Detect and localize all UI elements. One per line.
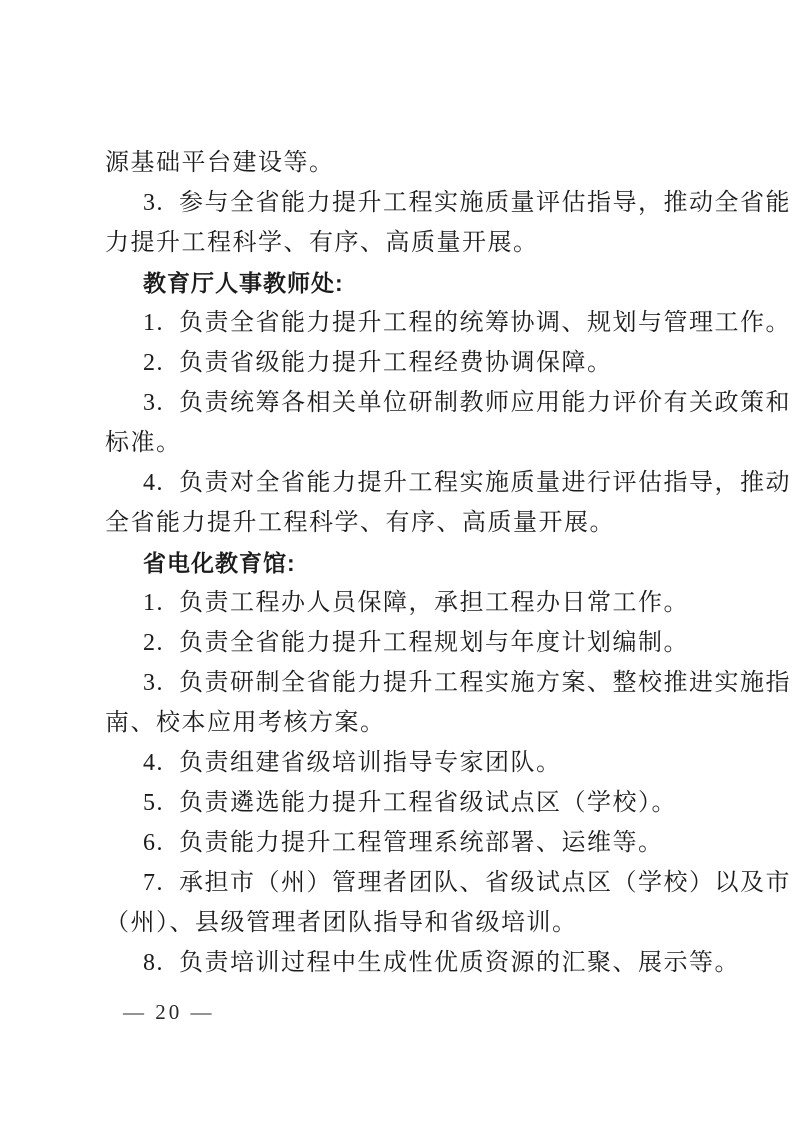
text-line: 3. 参与全省能力提升工程实施质量评估指导，推动全省能 bbox=[105, 183, 787, 223]
text-line: 1. 负责全省能力提升工程的统筹协调、规划与管理工作。 bbox=[105, 303, 787, 343]
text-line: 力提升工程科学、有序、高质量开展。 bbox=[105, 223, 787, 263]
text-line: 1. 负责工程办人员保障，承担工程办日常工作。 bbox=[105, 583, 787, 623]
text-line: 4. 负责对全省能力提升工程实施质量进行评估指导，推动 bbox=[105, 463, 787, 503]
text-line: 标准。 bbox=[105, 423, 787, 463]
text-line: 全省能力提升工程科学、有序、高质量开展。 bbox=[105, 503, 787, 543]
text-line: 5. 负责遴选能力提升工程省级试点区（学校）。 bbox=[105, 783, 787, 823]
text-line: 南、校本应用考核方案。 bbox=[105, 703, 787, 743]
text-line: 3. 负责研制全省能力提升工程实施方案、整校推进实施指 bbox=[105, 663, 787, 703]
section-heading: 省电化教育馆: bbox=[105, 543, 787, 583]
section-heading: 教育厅人事教师处: bbox=[105, 263, 787, 303]
text-line: 6. 负责能力提升工程管理系统部署、运维等。 bbox=[105, 823, 787, 863]
text-line: 3. 负责统筹各相关单位研制教师应用能力评价有关政策和 bbox=[105, 383, 787, 423]
text-line: 2. 负责省级能力提升工程经费协调保障。 bbox=[105, 343, 787, 383]
text-line: 7. 承担市（州）管理者团队、省级试点区（学校）以及市 bbox=[105, 863, 787, 903]
text-line: （州）、县级管理者团队指导和省级培训。 bbox=[105, 903, 787, 943]
document-body: 源基础平台建设等。3. 参与全省能力提升工程实施质量评估指导，推动全省能力提升工… bbox=[105, 0, 787, 983]
text-line: 2. 负责全省能力提升工程规划与年度计划编制。 bbox=[105, 623, 787, 663]
text-line: 源基础平台建设等。 bbox=[105, 143, 787, 183]
page-number: — 20 — bbox=[123, 1000, 215, 1025]
document-page: 源基础平台建设等。3. 参与全省能力提升工程实施质量评估指导，推动全省能力提升工… bbox=[0, 0, 793, 1122]
text-line: 4. 负责组建省级培训指导专家团队。 bbox=[105, 743, 787, 783]
text-line: 8. 负责培训过程中生成性优质资源的汇聚、展示等。 bbox=[105, 943, 787, 983]
